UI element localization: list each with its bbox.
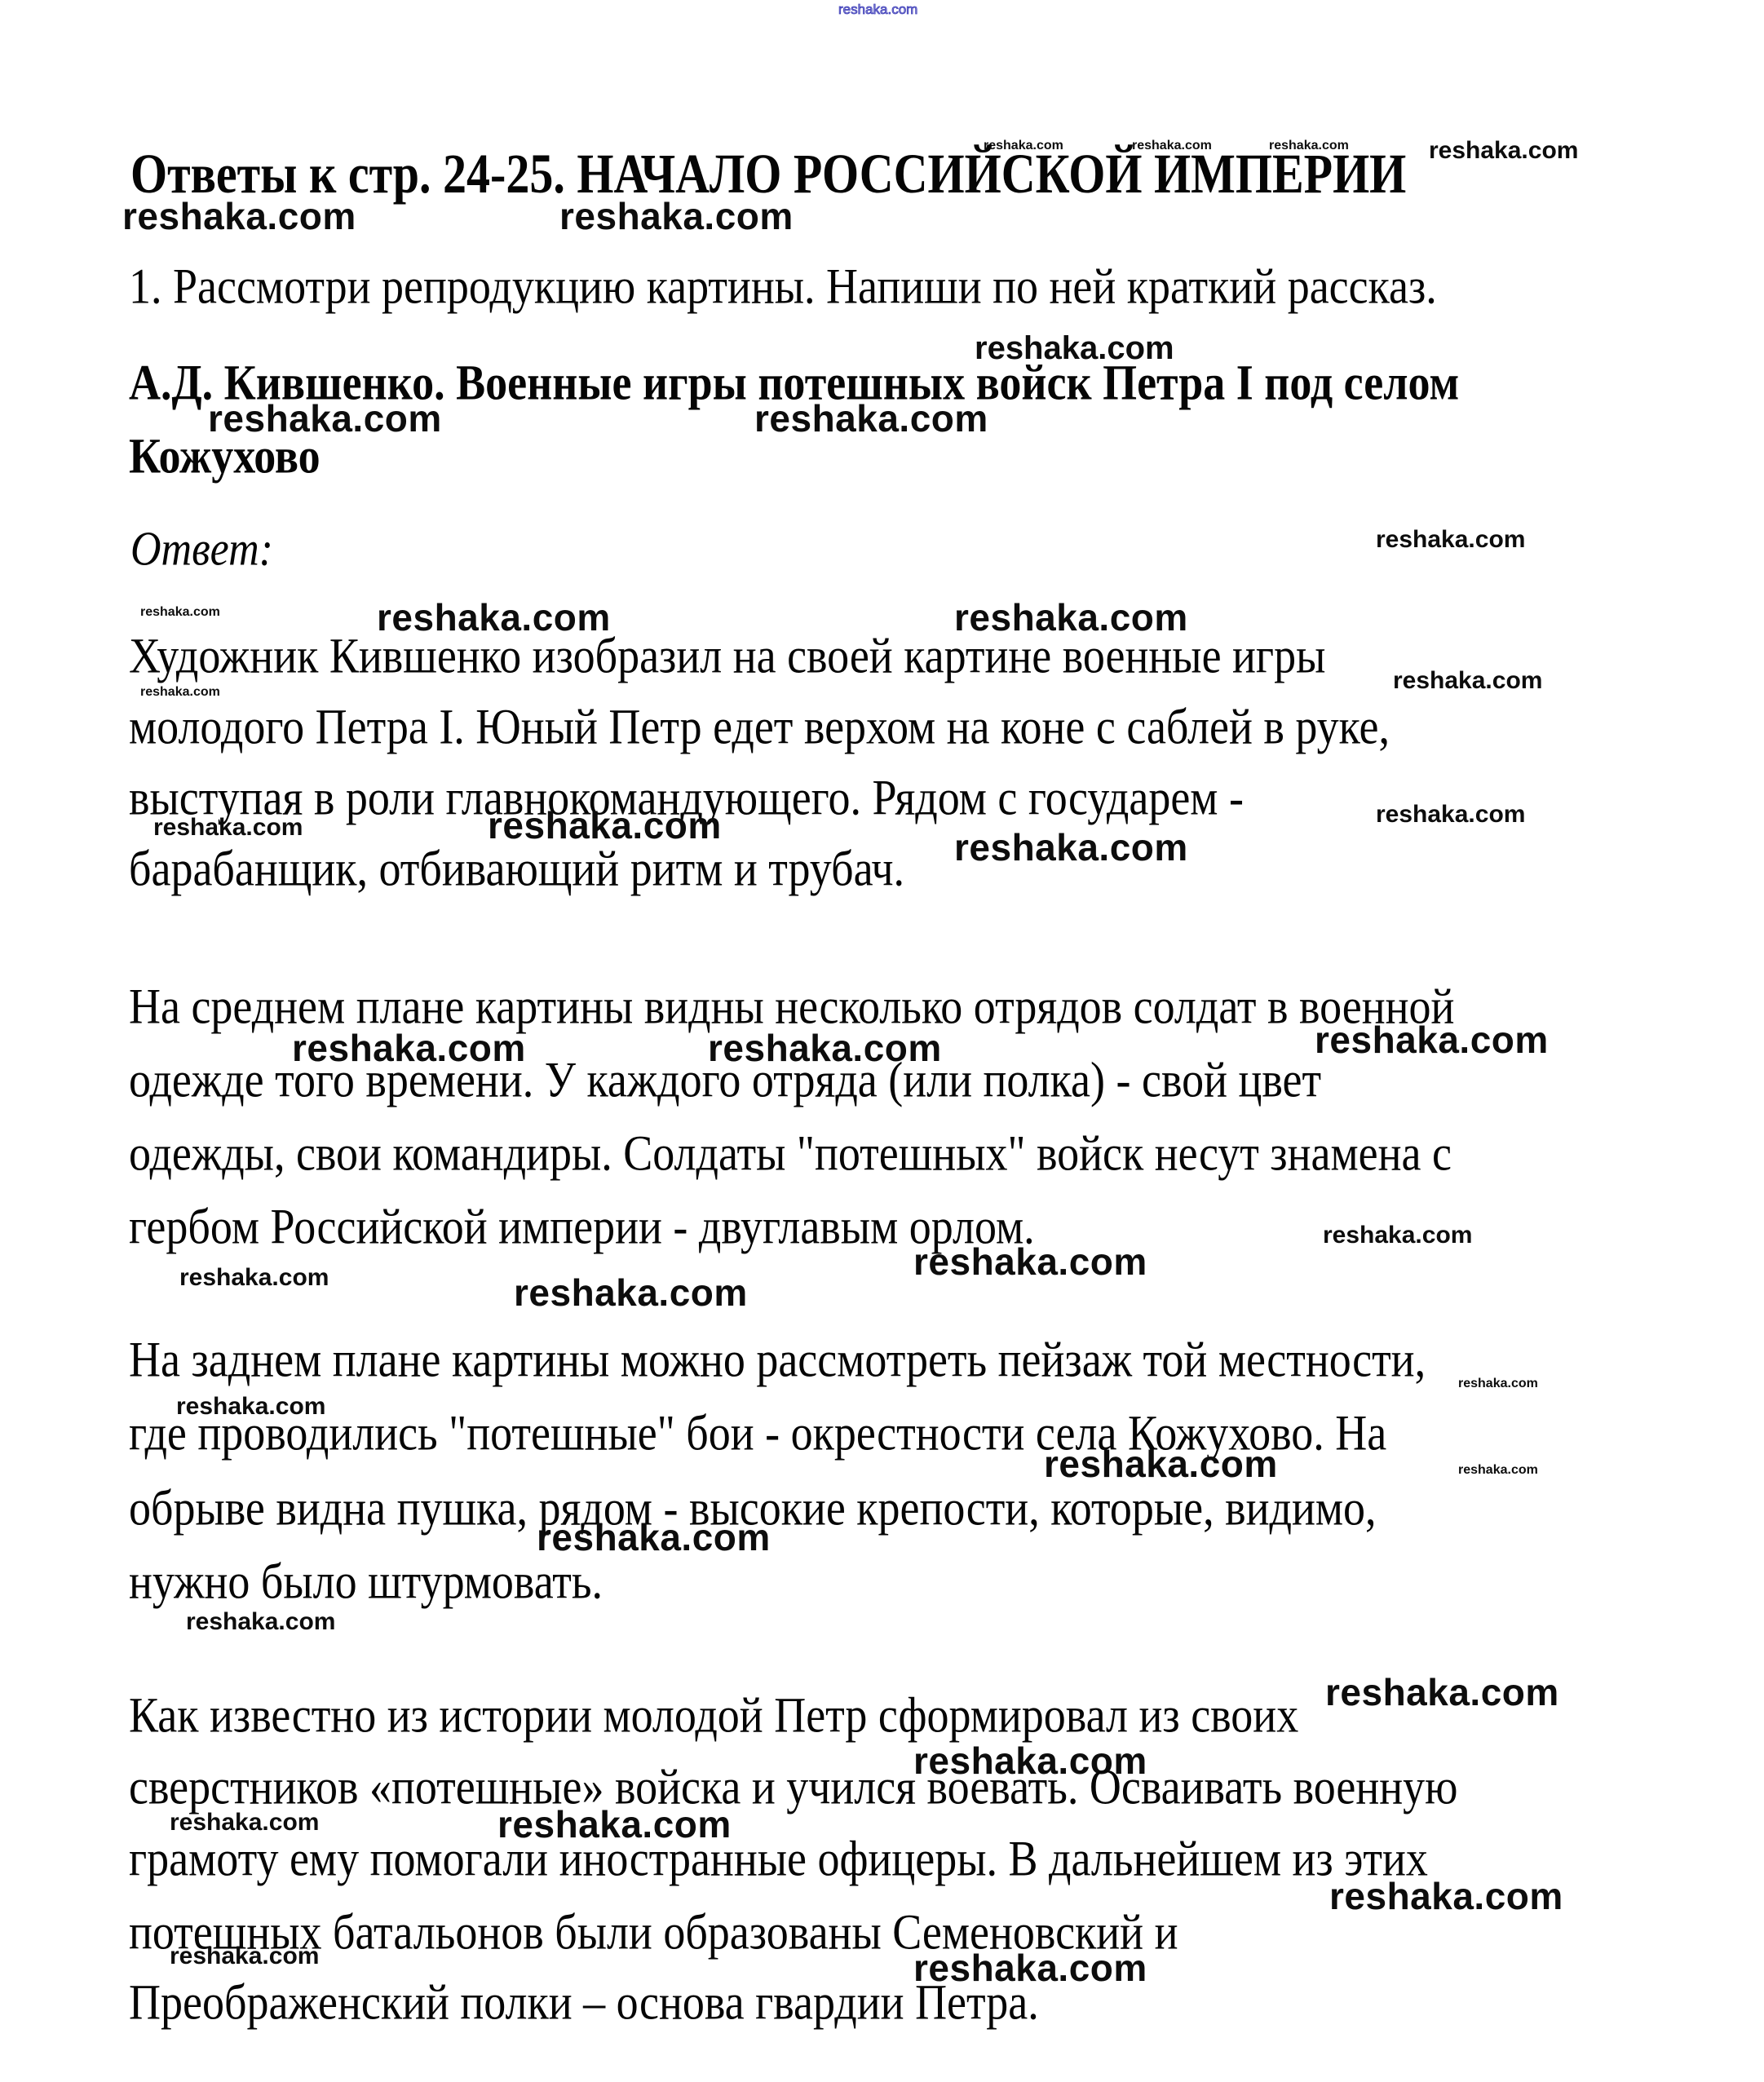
page-title: Ответы к стр. 24-25. НАЧАЛО РОССИЙСКОЙ И… (130, 144, 1406, 196)
answer-line: Преображенский полки – основа гвардии Пе… (129, 1975, 1039, 2023)
watermark: reshaka.com (1323, 1222, 1472, 1249)
answer-line: гербом Российской империи - двуглавым ор… (129, 1200, 1035, 1248)
watermark: reshaka.com (1393, 667, 1542, 695)
answer-line: сверстников «потешные» войска и учился в… (129, 1760, 1457, 1808)
watermark: reshaka.com (954, 825, 1188, 869)
question-text: 1. Рассмотри репродукцию картины. Напиши… (129, 259, 1437, 307)
watermark: reshaka.com (122, 194, 356, 238)
watermark: reshaka.com (754, 396, 988, 440)
watermark: reshaka.com (1376, 526, 1525, 554)
watermark: reshaka.com (1376, 801, 1525, 829)
caption-line: Кожухово (129, 429, 321, 477)
answer-label: Ответ: (130, 523, 273, 569)
watermark: reshaka.com (153, 814, 303, 842)
watermark: reshaka.com (559, 194, 794, 238)
document-page: reshaka.com reshaka.com reshaka.com resh… (0, 0, 1764, 2082)
answer-line: На заднем плане картины можно рассмотрет… (129, 1333, 1426, 1381)
watermark: reshaka.com (1458, 1377, 1538, 1391)
answer-line: Как известно из истории молодой Петр сфо… (129, 1688, 1298, 1736)
answer-line: молодого Петра I. Юный Петр едет верхом … (129, 700, 1390, 748)
answer-line: Художник Кившенко изобразил на своей кар… (129, 629, 1325, 677)
watermark: reshaka.com (186, 1608, 335, 1636)
watermark-top: reshaka.com (838, 2, 917, 18)
watermark: reshaka.com (913, 1240, 1147, 1284)
watermark: reshaka.com (140, 605, 220, 620)
watermark: reshaka.com (170, 1943, 319, 1970)
watermark: reshaka.com (1315, 1018, 1549, 1062)
watermark: reshaka.com (140, 685, 220, 700)
watermark: reshaka.com (514, 1271, 748, 1315)
watermark: reshaka.com (1458, 1463, 1538, 1478)
answer-line: грамоту ему помогали иностранные офицеры… (129, 1832, 1428, 1880)
answer-line: одежде того времени. У каждого отряда (и… (129, 1053, 1321, 1101)
watermark: reshaka.com (1429, 137, 1578, 165)
watermark: reshaka.com (1329, 1874, 1563, 1918)
answer-line: барабанщик, отбивающий ритм и трубач. (129, 842, 904, 890)
answer-line: нужно было штурмовать. (129, 1554, 603, 1602)
watermark: reshaka.com (179, 1264, 329, 1292)
watermark: reshaka.com (1325, 1670, 1559, 1714)
answer-line: одежды, свои командиры. Солдаты "потешны… (129, 1126, 1452, 1174)
answer-line: На среднем плане картины видны несколько… (129, 979, 1454, 1028)
